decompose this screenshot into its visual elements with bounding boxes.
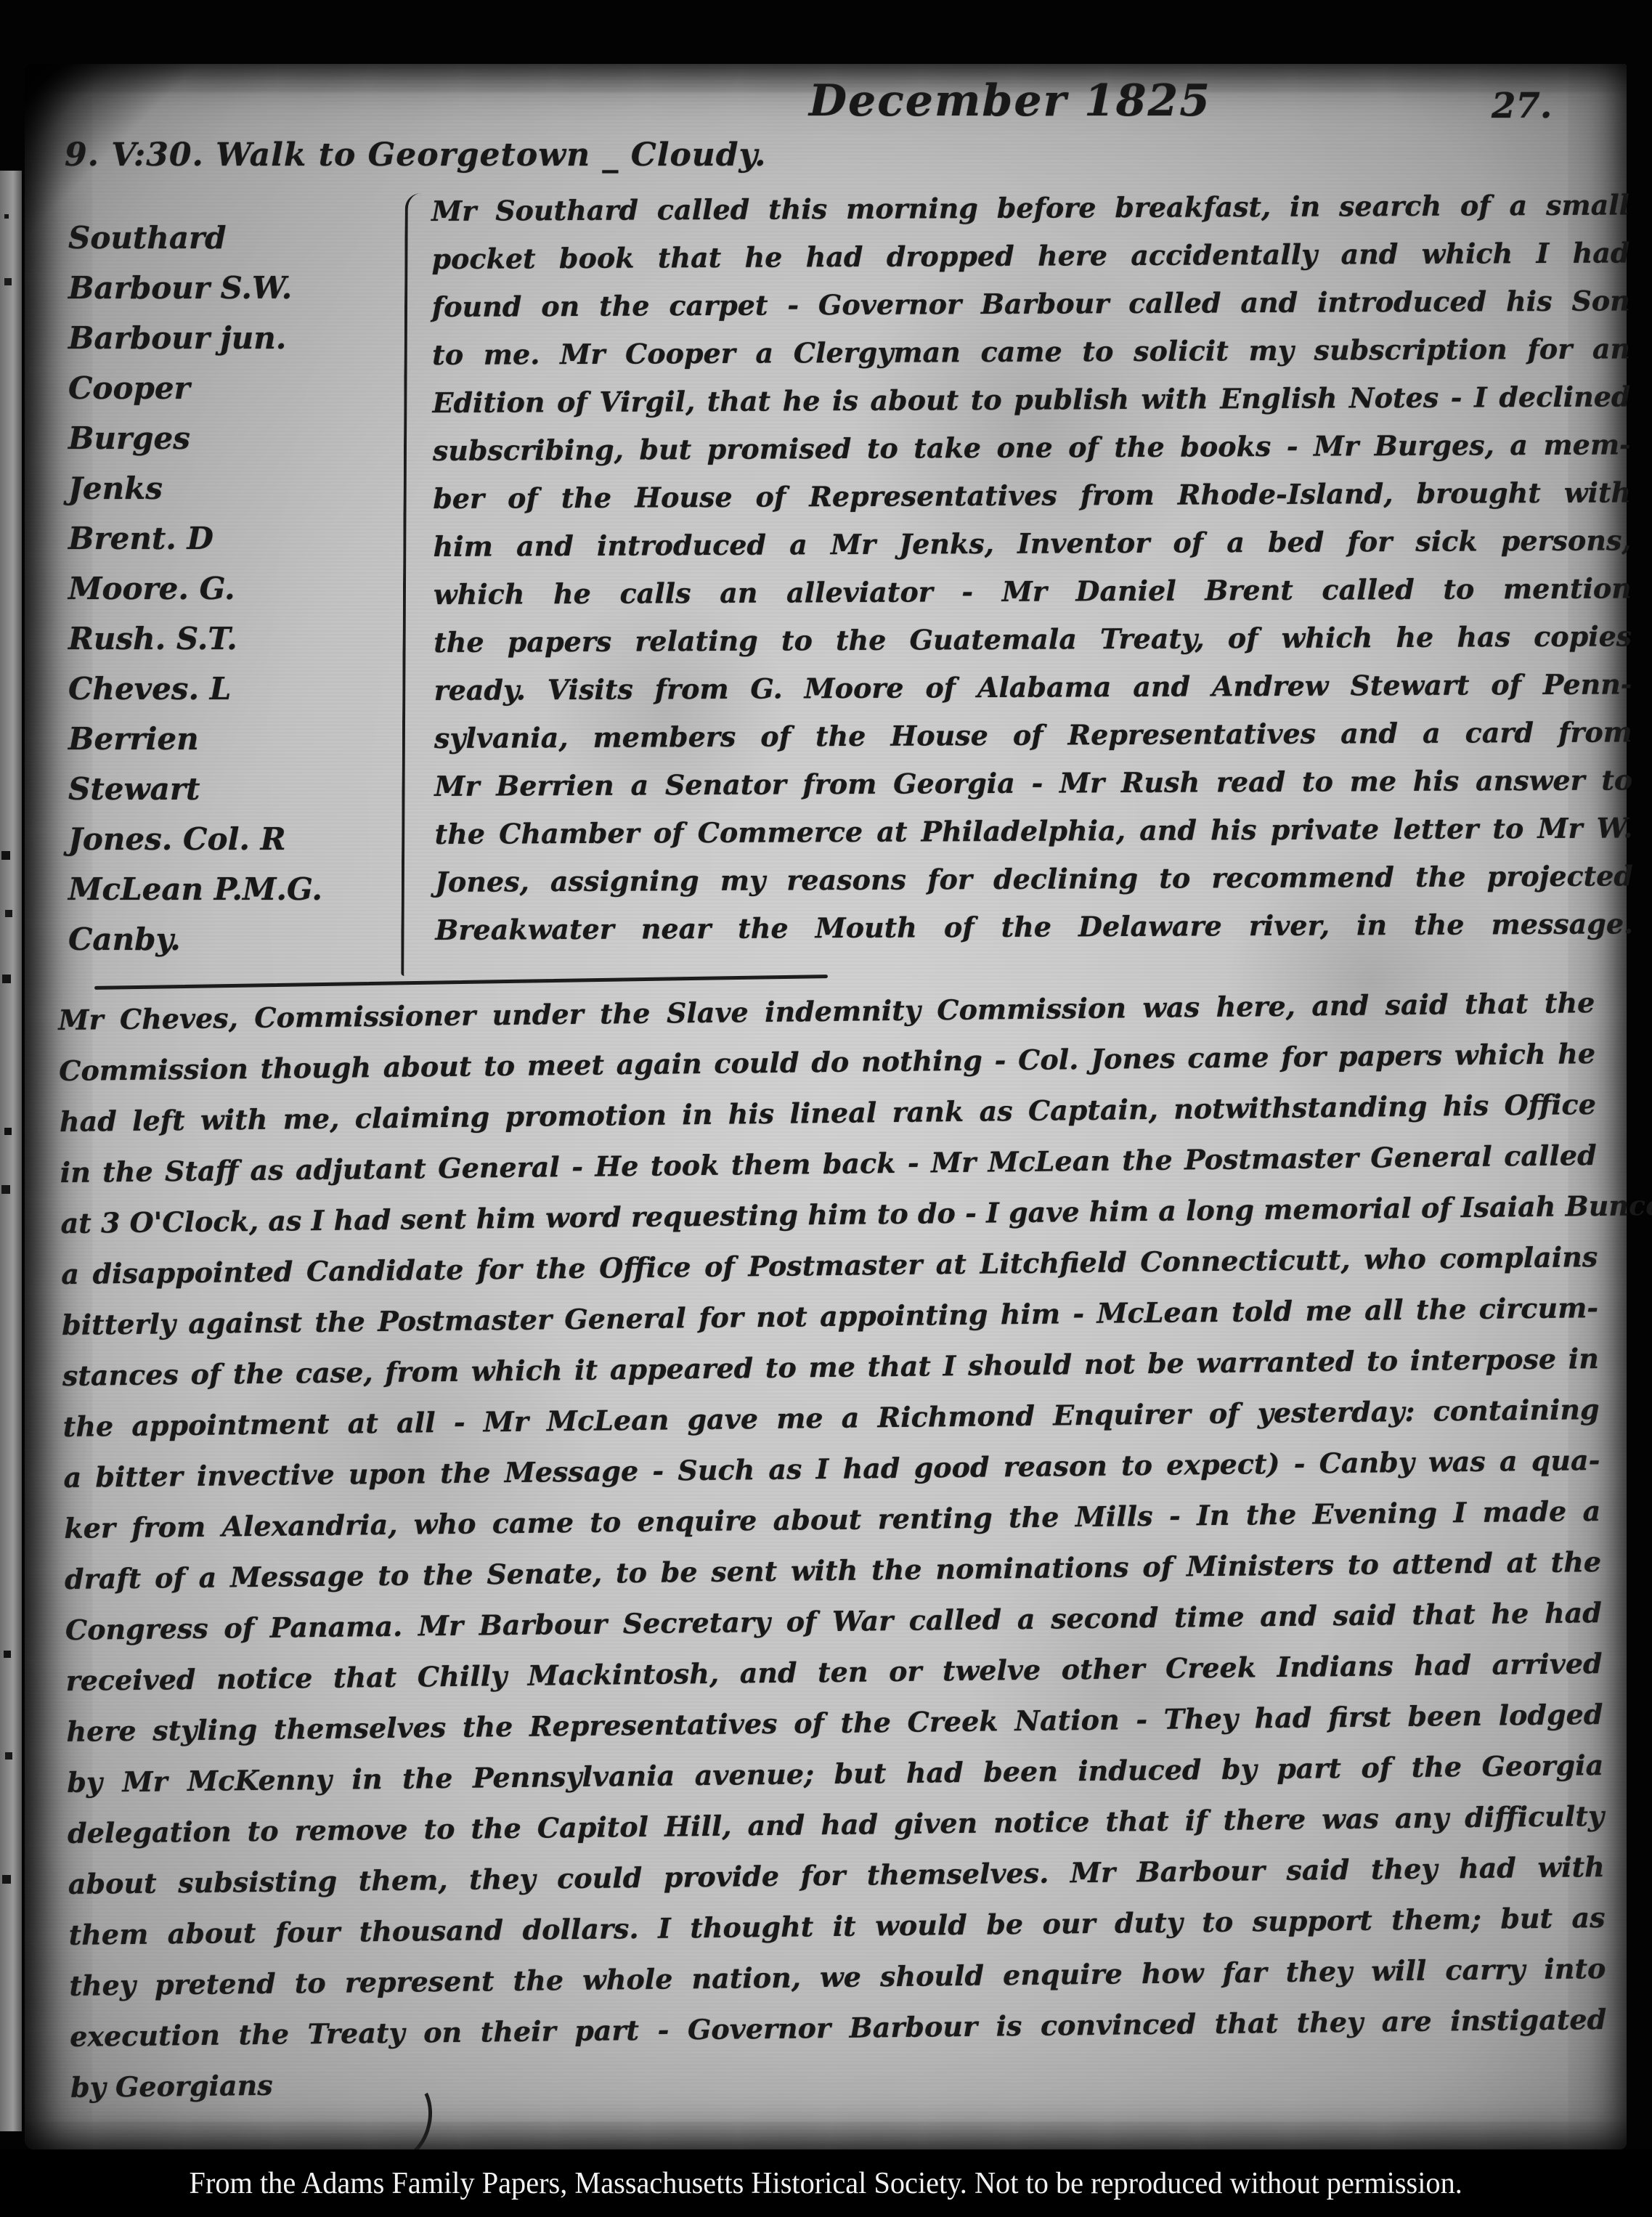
page-heading-date: December 1825 (809, 76, 1211, 126)
manuscript-page: December 1825 27. 9. V:30. Walk to Georg… (25, 64, 1627, 2149)
handwritten-line: pocket book that he had dropped here acc… (431, 229, 1629, 283)
handwritten-line: ready. Visits from G. Moore of Alabama a… (434, 660, 1632, 715)
handwritten-line: Mr Berrien a Senator from Georgia - Mr R… (434, 756, 1632, 810)
margin-name: Barbour jun. (68, 313, 388, 363)
margin-visitor-names-list: SouthardBarbour S.W.Barbour jun.CooperBu… (68, 213, 388, 964)
margin-name: Cheves. L (68, 664, 388, 714)
margin-name: Brent. D (68, 513, 388, 564)
handwritten-line: found on the carpet - Governor Barbour c… (432, 277, 1630, 331)
handwritten-line: Jones, assigning my reasons for declinin… (435, 852, 1633, 906)
margin-name: Moore. G. (68, 564, 388, 614)
handwritten-line: Edition of Virgil, that he is about to p… (432, 373, 1630, 427)
handwritten-line: him and introduced a Mr Jenks, Inventor … (433, 516, 1631, 571)
handwritten-line: Mr Southard called this morning before b… (431, 181, 1629, 235)
margin-bracket-line (401, 193, 421, 976)
margin-name: Jones. Col. R (68, 814, 388, 864)
margin-name: Southard (68, 213, 388, 263)
margin-name: Stewart (68, 764, 388, 814)
adjacent-page-edge (0, 171, 22, 2131)
diary-body-full-width: Mr Cheves, Commissioner under the Slave … (58, 977, 1607, 2113)
diary-body-indented: Mr Southard called this morning before b… (431, 181, 1634, 954)
handwritten-line: ber of the House of Representatives from… (433, 468, 1631, 523)
margin-name: Barbour S.W. (68, 263, 388, 313)
archive-caption-bar: From the Adams Family Papers, Massachuse… (0, 2149, 1652, 2217)
margin-name: Berrien (68, 714, 388, 764)
handwritten-line: which he calls an alleviator - Mr Daniel… (434, 564, 1632, 619)
margin-name: McLean P.M.G. (68, 864, 388, 914)
margin-name: Jenks (68, 463, 388, 513)
margin-name: Cooper (68, 363, 388, 413)
handwritten-line: Breakwater near the Mouth of the Delawar… (435, 900, 1633, 954)
handwritten-line: sylvania, members of the House of Repres… (434, 708, 1632, 762)
adjacent-page-ink-fragments (4, 214, 9, 219)
handwritten-line: to me. Mr Cooper a Clergyman came to sol… (432, 325, 1630, 379)
diary-time-weather-line: 9. V:30. Walk to Georgetown _ Cloudy. (65, 137, 766, 174)
handwritten-line: subscribing, but promised to take one of… (433, 420, 1631, 475)
margin-name: Canby. (68, 914, 388, 964)
archive-caption-text: From the Adams Family Papers, Massachuse… (190, 2166, 1462, 2201)
margin-name: Rush. S.T. (68, 614, 388, 664)
page-number: 27. (1492, 86, 1553, 126)
handwritten-line: the Chamber of Commerce at Philadelphia,… (434, 804, 1632, 858)
handwritten-line: the papers relating to the Guatemala Tre… (434, 612, 1632, 667)
margin-name: Burges (68, 413, 388, 463)
